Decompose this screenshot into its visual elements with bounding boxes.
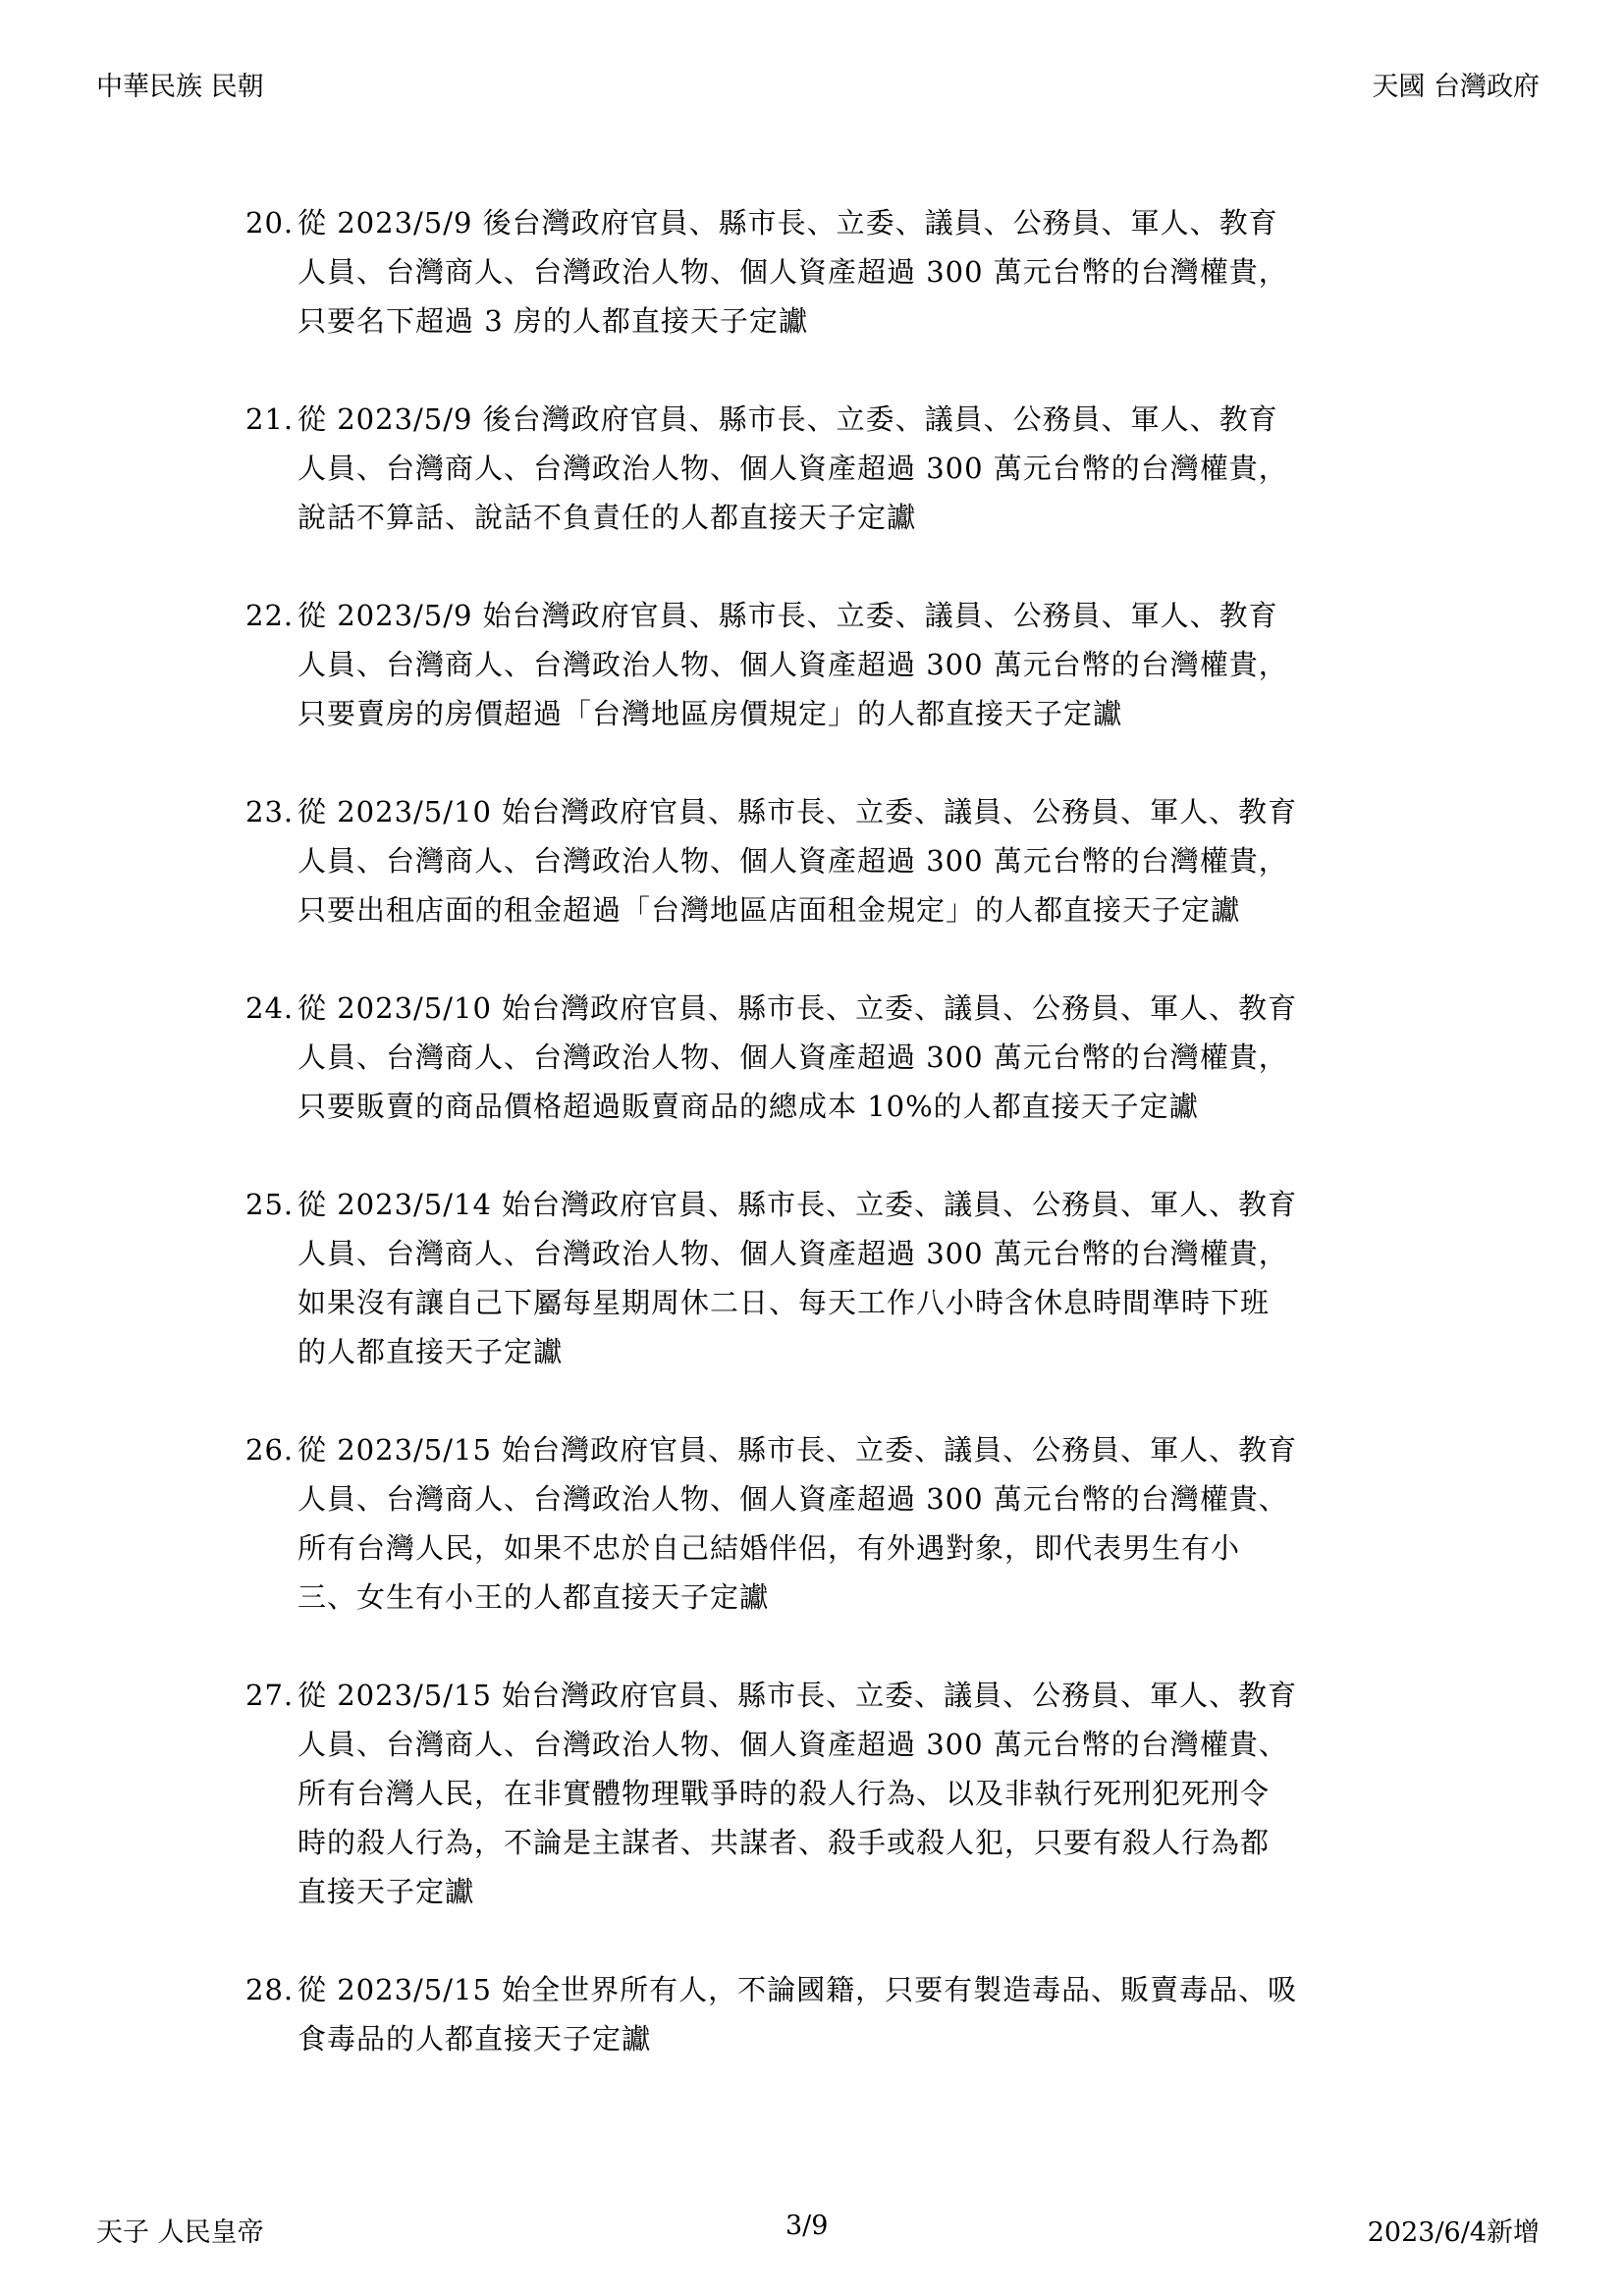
item-line: 從 2023/5/10 始台灣政府官員、縣市長、立委、議員、公務員、軍人、教育 (298, 984, 1394, 1033)
footer-left-text: 天子 人民皇帝 (96, 2211, 264, 2249)
list-item-25: 25. 從 2023/5/14 始台灣政府官員、縣市長、立委、議員、公務員、軍人… (245, 1180, 1394, 1376)
footer-date: 2023/6/4新增 (1368, 2211, 1540, 2249)
item-line: 人員、台灣商人、台灣政治人物、個人資產超過 300 萬元台幣的台灣權貴、 (298, 1720, 1394, 1769)
item-line: 人員、台灣商人、台灣政治人物、個人資產超過 300 萬元台幣的台灣權貴， (298, 836, 1394, 885)
item-line: 從 2023/5/9 後台灣政府官員、縣市長、立委、議員、公務員、軍人、教育 (298, 395, 1394, 444)
item-number: 21. (245, 395, 294, 444)
item-number: 22. (245, 591, 294, 640)
item-number: 25. (245, 1180, 294, 1229)
item-line: 三、女生有小王的人都直接天子定讞 (298, 1573, 1394, 1622)
item-number: 28. (245, 1965, 294, 2014)
page-header: 中華民族 民朝 天國 台灣政府 (0, 65, 1624, 104)
item-line: 從 2023/5/10 始台灣政府官員、縣市長、立委、議員、公務員、軍人、教育 (298, 787, 1394, 836)
list-item-24: 24. 從 2023/5/10 始台灣政府官員、縣市長、立委、議員、公務員、軍人… (245, 984, 1394, 1131)
item-line: 直接天子定讞 (298, 1867, 1394, 1916)
item-line: 從 2023/5/15 始台灣政府官員、縣市長、立委、議員、公務員、軍人、教育 (298, 1425, 1394, 1474)
item-line: 的人都直接天子定讞 (298, 1327, 1394, 1376)
item-line: 人員、台灣商人、台灣政治人物、個人資產超過 300 萬元台幣的台灣權貴， (298, 1229, 1394, 1278)
item-line: 從 2023/5/9 後台灣政府官員、縣市長、立委、議員、公務員、軍人、教育 (298, 198, 1394, 247)
page-number: 3/9 (785, 2211, 828, 2241)
item-line: 只要販賣的商品價格超過販賣商品的總成本 10%的人都直接天子定讞 (298, 1082, 1394, 1131)
list-item-23: 23. 從 2023/5/10 始台灣政府官員、縣市長、立委、議員、公務員、軍人… (245, 787, 1394, 934)
list-item-20: 20. 從 2023/5/9 後台灣政府官員、縣市長、立委、議員、公務員、軍人、… (245, 198, 1394, 346)
item-line: 時的殺人行為，不論是主謀者、共謀者、殺手或殺人犯，只要有殺人行為都 (298, 1818, 1394, 1867)
item-line: 人員、台灣商人、台灣政治人物、個人資產超過 300 萬元台幣的台灣權貴， (298, 444, 1394, 493)
item-line: 如果沒有讓自己下屬每星期周休二日、每天工作八小時含休息時間準時下班 (298, 1278, 1394, 1327)
header-left-text: 中華民族 民朝 (96, 65, 264, 103)
list-item-21: 21. 從 2023/5/9 後台灣政府官員、縣市長、立委、議員、公務員、軍人、… (245, 395, 1394, 542)
item-line: 食毒品的人都直接天子定讞 (298, 2014, 1394, 2063)
item-number: 26. (245, 1425, 294, 1474)
list-item-22: 22. 從 2023/5/9 始台灣政府官員、縣市長、立委、議員、公務員、軍人、… (245, 591, 1394, 738)
list-item-28: 28. 從 2023/5/15 始全世界所有人，不論國籍，只要有製造毒品、販賣毒… (245, 1965, 1394, 2063)
header-right-text: 天國 台灣政府 (1372, 65, 1540, 103)
item-line: 從 2023/5/15 始全世界所有人，不論國籍，只要有製造毒品、販賣毒品、吸 (298, 1965, 1394, 2014)
document-body: 20. 從 2023/5/9 後台灣政府官員、縣市長、立委、議員、公務員、軍人、… (245, 198, 1394, 2112)
item-line: 所有台灣人民，在非實體物理戰爭時的殺人行為、以及非執行死刑犯死刑令 (298, 1769, 1394, 1818)
item-line: 只要賣房的房價超過「台灣地區房價規定」的人都直接天子定讞 (298, 689, 1394, 738)
item-line: 所有台灣人民，如果不忠於自己結婚伴侶，有外遇對象，即代表男生有小 (298, 1523, 1394, 1573)
list-item-26: 26. 從 2023/5/15 始台灣政府官員、縣市長、立委、議員、公務員、軍人… (245, 1425, 1394, 1622)
item-line: 人員、台灣商人、台灣政治人物、個人資產超過 300 萬元台幣的台灣權貴， (298, 247, 1394, 296)
item-line: 人員、台灣商人、台灣政治人物、個人資產超過 300 萬元台幣的台灣權貴、 (298, 1474, 1394, 1523)
item-number: 20. (245, 198, 294, 247)
item-number: 27. (245, 1671, 294, 1720)
item-number: 23. (245, 787, 294, 836)
page-footer: 天子 人民皇帝 3/9 2023/6/4新增 (0, 2211, 1624, 2250)
item-line: 只要出租店面的租金超過「台灣地區店面租金規定」的人都直接天子定讞 (298, 885, 1394, 934)
list-item-27: 27. 從 2023/5/15 始台灣政府官員、縣市長、立委、議員、公務員、軍人… (245, 1671, 1394, 1916)
item-number: 24. (245, 984, 294, 1033)
item-line: 只要名下超過 3 房的人都直接天子定讞 (298, 296, 1394, 346)
item-line: 從 2023/5/14 始台灣政府官員、縣市長、立委、議員、公務員、軍人、教育 (298, 1180, 1394, 1229)
item-line: 人員、台灣商人、台灣政治人物、個人資產超過 300 萬元台幣的台灣權貴， (298, 640, 1394, 689)
item-line: 人員、台灣商人、台灣政治人物、個人資產超過 300 萬元台幣的台灣權貴， (298, 1033, 1394, 1082)
item-line: 從 2023/5/9 始台灣政府官員、縣市長、立委、議員、公務員、軍人、教育 (298, 591, 1394, 640)
item-line: 從 2023/5/15 始台灣政府官員、縣市長、立委、議員、公務員、軍人、教育 (298, 1671, 1394, 1720)
item-line: 說話不算話、說話不負責任的人都直接天子定讞 (298, 493, 1394, 542)
